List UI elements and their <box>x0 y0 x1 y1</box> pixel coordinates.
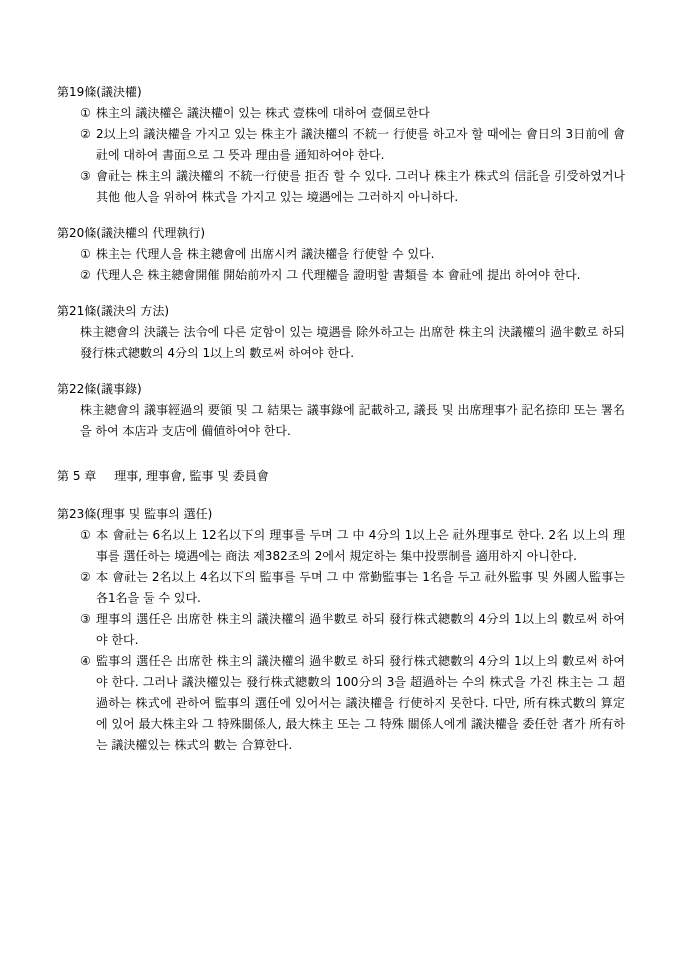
article-23-item-4: ④ 監事의 選任은 出席한 株主의 議決權의 過半數로 하되 發行株式總數의 4… <box>80 651 625 756</box>
item-text: 監事의 選任은 出席한 株主의 議決權의 過半數로 하되 發行株式總數의 4分의… <box>96 651 625 756</box>
item-marker: ③ <box>80 609 96 651</box>
article-23: 第23條(理事 및 監事의 選任) ① 本 會社는 6名以上 12名以下의 理事… <box>57 504 625 756</box>
item-text: 會社는 株主의 議決權의 不統一行使를 拒否 할 수 있다. 그러나 株主가 株… <box>96 166 625 208</box>
item-text: 2以上의 議決權을 가지고 있는 株主가 議決權의 不統一 行使를 하고자 할 … <box>96 124 625 166</box>
item-text: 代理人은 株主總會開催 開始前까지 그 代理權을 證明할 書類를 本 會社에 提… <box>96 265 625 286</box>
article-22: 第22條(議事錄) 株主總會의 議事經過의 要領 및 그 結果는 議事錄에 記載… <box>57 379 625 442</box>
article-23-item-1: ① 本 會社는 6名以上 12名以下의 理事를 두며 그 中 4分의 1以上은 … <box>80 525 625 567</box>
chapter-title: 理事, 理事會, 監事 및 委員會 <box>114 469 268 483</box>
item-text: 本 會社는 2名以上 4名以下의 監事를 두며 그 中 常勤監事는 1名을 두고… <box>96 567 625 609</box>
item-marker: ① <box>80 244 96 265</box>
item-text: 株主의 議決權은 議決權이 있는 株式 壹株에 대하여 壹個로한다 <box>96 103 625 124</box>
document-page: 第19條(議決權) ① 株主의 議決權은 議決權이 있는 株式 壹株에 대하여 … <box>0 0 680 962</box>
article-21-heading: 第21條(議決의 方法) <box>57 301 625 322</box>
article-22-heading: 第22條(議事錄) <box>57 379 625 400</box>
article-19: 第19條(議決權) ① 株主의 議決權은 議決權이 있는 株式 壹株에 대하여 … <box>57 82 625 208</box>
item-marker: ④ <box>80 651 96 756</box>
chapter-label: 第 5 章 <box>57 469 96 483</box>
article-19-heading: 第19條(議決權) <box>57 82 625 103</box>
article-20-item-2: ② 代理人은 株主總會開催 開始前까지 그 代理權을 證明할 書類를 本 會社에… <box>80 265 625 286</box>
item-marker: ① <box>80 103 96 124</box>
article-20-item-1: ① 株主는 代理人을 株主總會에 出席시켜 議決權을 行使할 수 있다. <box>80 244 625 265</box>
article-19-item-1: ① 株主의 議決權은 議決權이 있는 株式 壹株에 대하여 壹個로한다 <box>80 103 625 124</box>
article-19-item-3: ③ 會社는 株主의 議決權의 不統一行使를 拒否 할 수 있다. 그러나 株主가… <box>80 166 625 208</box>
item-marker: ① <box>80 525 96 567</box>
article-19-item-2: ② 2以上의 議決權을 가지고 있는 株主가 議決權의 不統一 行使를 하고자 … <box>80 124 625 166</box>
article-23-item-3: ③ 理事의 選任은 出席한 株主의 議決權의 過半數로 하되 發行株式總數의 4… <box>80 609 625 651</box>
item-marker: ② <box>80 265 96 286</box>
item-marker: ② <box>80 567 96 609</box>
article-23-item-2: ② 本 會社는 2名以上 4名以下의 監事를 두며 그 中 常勤監事는 1名을 … <box>80 567 625 609</box>
article-23-heading: 第23條(理事 및 監事의 選任) <box>57 504 625 525</box>
item-text: 理事의 選任은 出席한 株主의 議決權의 過半數로 하되 發行株式總數의 4分의… <box>96 609 625 651</box>
item-text: 本 會社는 6名以上 12名以下의 理事를 두며 그 中 4分의 1以上은 社外… <box>96 525 625 567</box>
item-text: 株主는 代理人을 株主總會에 出席시켜 議決權을 行使할 수 있다. <box>96 244 625 265</box>
article-22-body: 株主總會의 議事經過의 要領 및 그 結果는 議事錄에 記載하고, 議長 및 出… <box>80 400 625 442</box>
article-21: 第21條(議決의 方法) 株主總會의 決議는 法令에 다른 定함이 있는 境遇를… <box>57 301 625 364</box>
article-20-heading: 第20條(議決權의 代理執行) <box>57 223 625 244</box>
item-marker: ③ <box>80 166 96 208</box>
article-20: 第20條(議決權의 代理執行) ① 株主는 代理人을 株主總會에 出席시켜 議決… <box>57 223 625 286</box>
item-marker: ② <box>80 124 96 166</box>
chapter-5-heading: 第 5 章理事, 理事會, 監事 및 委員會 <box>57 466 625 487</box>
article-21-body: 株主總會의 決議는 法令에 다른 定함이 있는 境遇를 除外하고는 出席한 株主… <box>80 322 625 364</box>
